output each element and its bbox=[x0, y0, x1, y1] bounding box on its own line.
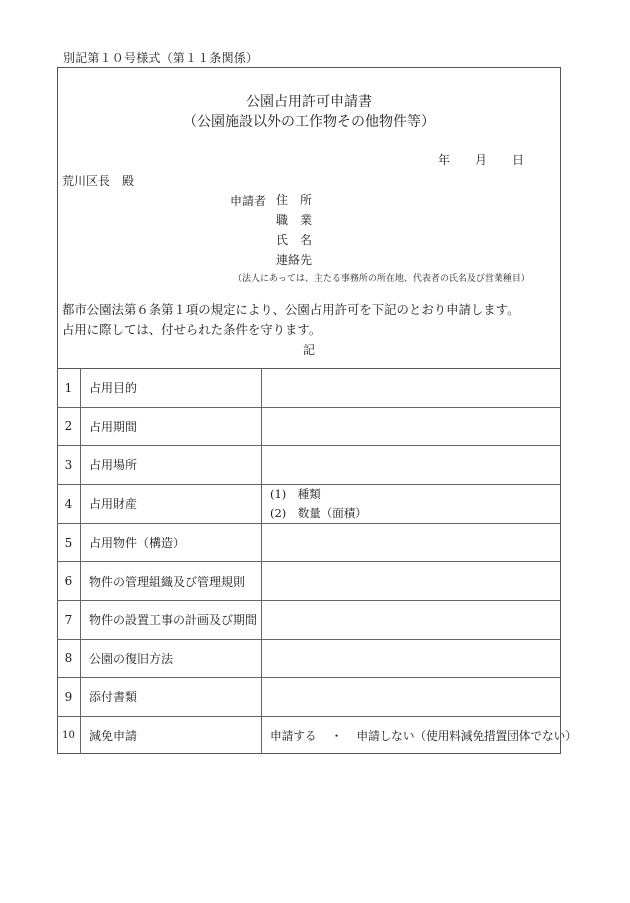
table-row: 2 占用期間 bbox=[57, 407, 561, 446]
property-quantity-label: (2) 数量（面積） bbox=[270, 504, 561, 523]
form-subtitle: （公園施設以外の工作物その他物件等） bbox=[58, 111, 560, 131]
row-number: 6 bbox=[57, 562, 81, 601]
row-item-label: 物件の設置工事の計画及び期間 bbox=[81, 600, 262, 639]
row-item-label: 添付書類 bbox=[81, 678, 262, 717]
row-item-label: 物件の管理組織及び管理規則 bbox=[81, 562, 262, 601]
occupation-purpose-field[interactable] bbox=[262, 369, 562, 408]
table-row: 3 占用場所 bbox=[57, 446, 561, 485]
table-row: 8 公園の復旧方法 bbox=[57, 639, 561, 678]
row-item-label: 減免申請 bbox=[81, 716, 262, 754]
application-statement: 都市公園法第６条第１項の規定により、公園占用許可を下記のとおり申請します。 占用… bbox=[62, 300, 519, 340]
restoration-method-field[interactable] bbox=[262, 639, 562, 678]
row-number: 8 bbox=[57, 639, 81, 678]
row-number: 1 bbox=[57, 369, 81, 408]
row-item-label: 公園の復旧方法 bbox=[81, 639, 262, 678]
application-items-table: 1 占用目的 2 占用期間 3 占用場所 4 占用財産 (1) 種類 (2) 数… bbox=[57, 368, 561, 754]
reduction-not-apply-option[interactable]: 申請しない（使用料減免措置団体でない） bbox=[356, 729, 576, 743]
applicant-occupation-field[interactable]: 職 業 bbox=[276, 212, 312, 232]
row-number: 7 bbox=[57, 600, 81, 639]
row-number: 5 bbox=[57, 523, 81, 562]
statement-line-2: 占用に際しては、付せられた条件を守ります。 bbox=[62, 320, 519, 340]
date-field[interactable]: 年 月 日 bbox=[413, 151, 524, 168]
statement-line-1: 都市公園法第６条第１項の規定により、公園占用許可を下記のとおり申請します。 bbox=[62, 300, 519, 320]
occupation-period-field[interactable] bbox=[262, 407, 562, 446]
table-row: 4 占用財産 (1) 種類 (2) 数量（面積） bbox=[57, 484, 561, 523]
addressee: 荒川区長 殿 bbox=[62, 172, 134, 189]
table-row: 5 占用物件（構造） bbox=[57, 523, 561, 562]
row-number: 4 bbox=[57, 484, 81, 523]
row-number: 2 bbox=[57, 407, 81, 446]
management-organization-field[interactable] bbox=[262, 562, 562, 601]
row-number: 9 bbox=[57, 678, 81, 717]
property-type-label: (1) 種類 bbox=[270, 485, 561, 504]
date-month-label: 月 bbox=[450, 151, 487, 168]
occupation-property-field[interactable]: (1) 種類 (2) 数量（面積） bbox=[262, 484, 562, 523]
option-separator: ・ bbox=[316, 727, 356, 744]
reduction-apply-option[interactable]: 申請する bbox=[270, 729, 316, 743]
corporate-note: （法人にあっては、主たる事務所の所在地、代表者の氏名及び営業種目） bbox=[233, 271, 530, 284]
row-item-label: 占用物件（構造） bbox=[81, 523, 262, 562]
applicant-address-field[interactable]: 住 所 bbox=[276, 192, 312, 212]
occupation-object-structure-field[interactable] bbox=[262, 523, 562, 562]
table-row: 6 物件の管理組織及び管理規則 bbox=[57, 562, 561, 601]
occupation-location-field[interactable] bbox=[262, 446, 562, 485]
ki-heading: 記 bbox=[58, 341, 560, 358]
applicant-name-field[interactable]: 氏 名 bbox=[276, 232, 312, 252]
row-number: 10 bbox=[57, 716, 81, 754]
row-item-label: 占用期間 bbox=[81, 407, 262, 446]
date-year-label: 年 bbox=[413, 151, 450, 168]
table-row: 1 占用目的 bbox=[57, 369, 561, 408]
form-number-label: 別記第１０号様式（第１１条関係） bbox=[63, 49, 258, 66]
installation-plan-field[interactable] bbox=[262, 600, 562, 639]
applicant-fields: 住 所 職 業 氏 名 連絡先 bbox=[276, 192, 312, 272]
application-form-frame: 公園占用許可申請書 （公園施設以外の工作物その他物件等） 年 月 日 荒川区長 … bbox=[57, 67, 561, 754]
reduction-application-field: 申請する・申請しない（使用料減免措置団体でない） bbox=[262, 716, 562, 754]
row-item-label: 占用財産 bbox=[81, 484, 262, 523]
row-number: 3 bbox=[57, 446, 81, 485]
form-title: 公園占用許可申請書 bbox=[58, 91, 560, 111]
attached-documents-field[interactable] bbox=[262, 678, 562, 717]
table-row: 7 物件の設置工事の計画及び期間 bbox=[57, 600, 561, 639]
applicant-contact-field[interactable]: 連絡先 bbox=[276, 252, 312, 272]
applicant-label: 申請者 bbox=[230, 192, 266, 209]
table-row: 10 減免申請 申請する・申請しない（使用料減免措置団体でない） bbox=[57, 716, 561, 754]
date-day-label: 日 bbox=[487, 151, 524, 168]
table-row: 9 添付書類 bbox=[57, 678, 561, 717]
row-item-label: 占用場所 bbox=[81, 446, 262, 485]
row-item-label: 占用目的 bbox=[81, 369, 262, 408]
